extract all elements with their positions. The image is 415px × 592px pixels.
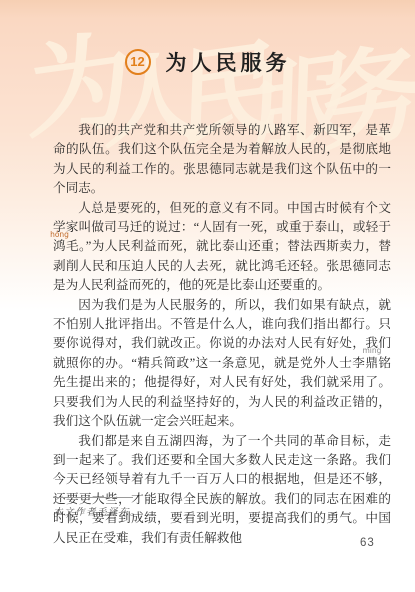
paragraph: 因为我们是为人民服务的，所以，我们如果有缺点，就不怕别人批评指出。不管是什么人，… [53, 296, 391, 432]
lesson-title-row: 12 为人民服务 [0, 47, 415, 77]
page-number: 63 [360, 537, 375, 549]
paragraph: 人总是要死的，但死的意义有不同。中国古时候有个文学家叫做司马迁的说过：“人固有一… [53, 199, 391, 296]
page-title: 为人民服务 [166, 47, 291, 77]
footnote: 本文作者毛泽东。 [53, 497, 141, 518]
footnote-text: 本文作者毛泽东。 [53, 504, 141, 518]
footnote-rule [53, 497, 133, 498]
lesson-number-badge: 12 [125, 49, 151, 75]
textbook-page: 为人民服务 12 为人民服务 我们的共产党和共产党所领导的八路军、新四军，是革命… [0, 0, 415, 592]
pinyin-annotation: míng [362, 347, 381, 355]
paragraph: 我们的共产党和共产党所领导的八路军、新四军，是革命的队伍。我们这个队伍完全是为着… [53, 121, 391, 199]
paragraph: 我们都是来自五湖四海，为了一个共同的革命目标，走到一起来了。我们还要和全国大多数… [53, 432, 391, 548]
lesson-body-text: 我们的共产党和共产党所领导的八路军、新四军，是革命的队伍。我们这个队伍完全是为着… [53, 121, 391, 548]
annotated-char: 鸿hóng [53, 239, 66, 253]
pinyin-annotation: hóng [50, 231, 69, 239]
annotated-char: 鼎míng [365, 356, 378, 370]
